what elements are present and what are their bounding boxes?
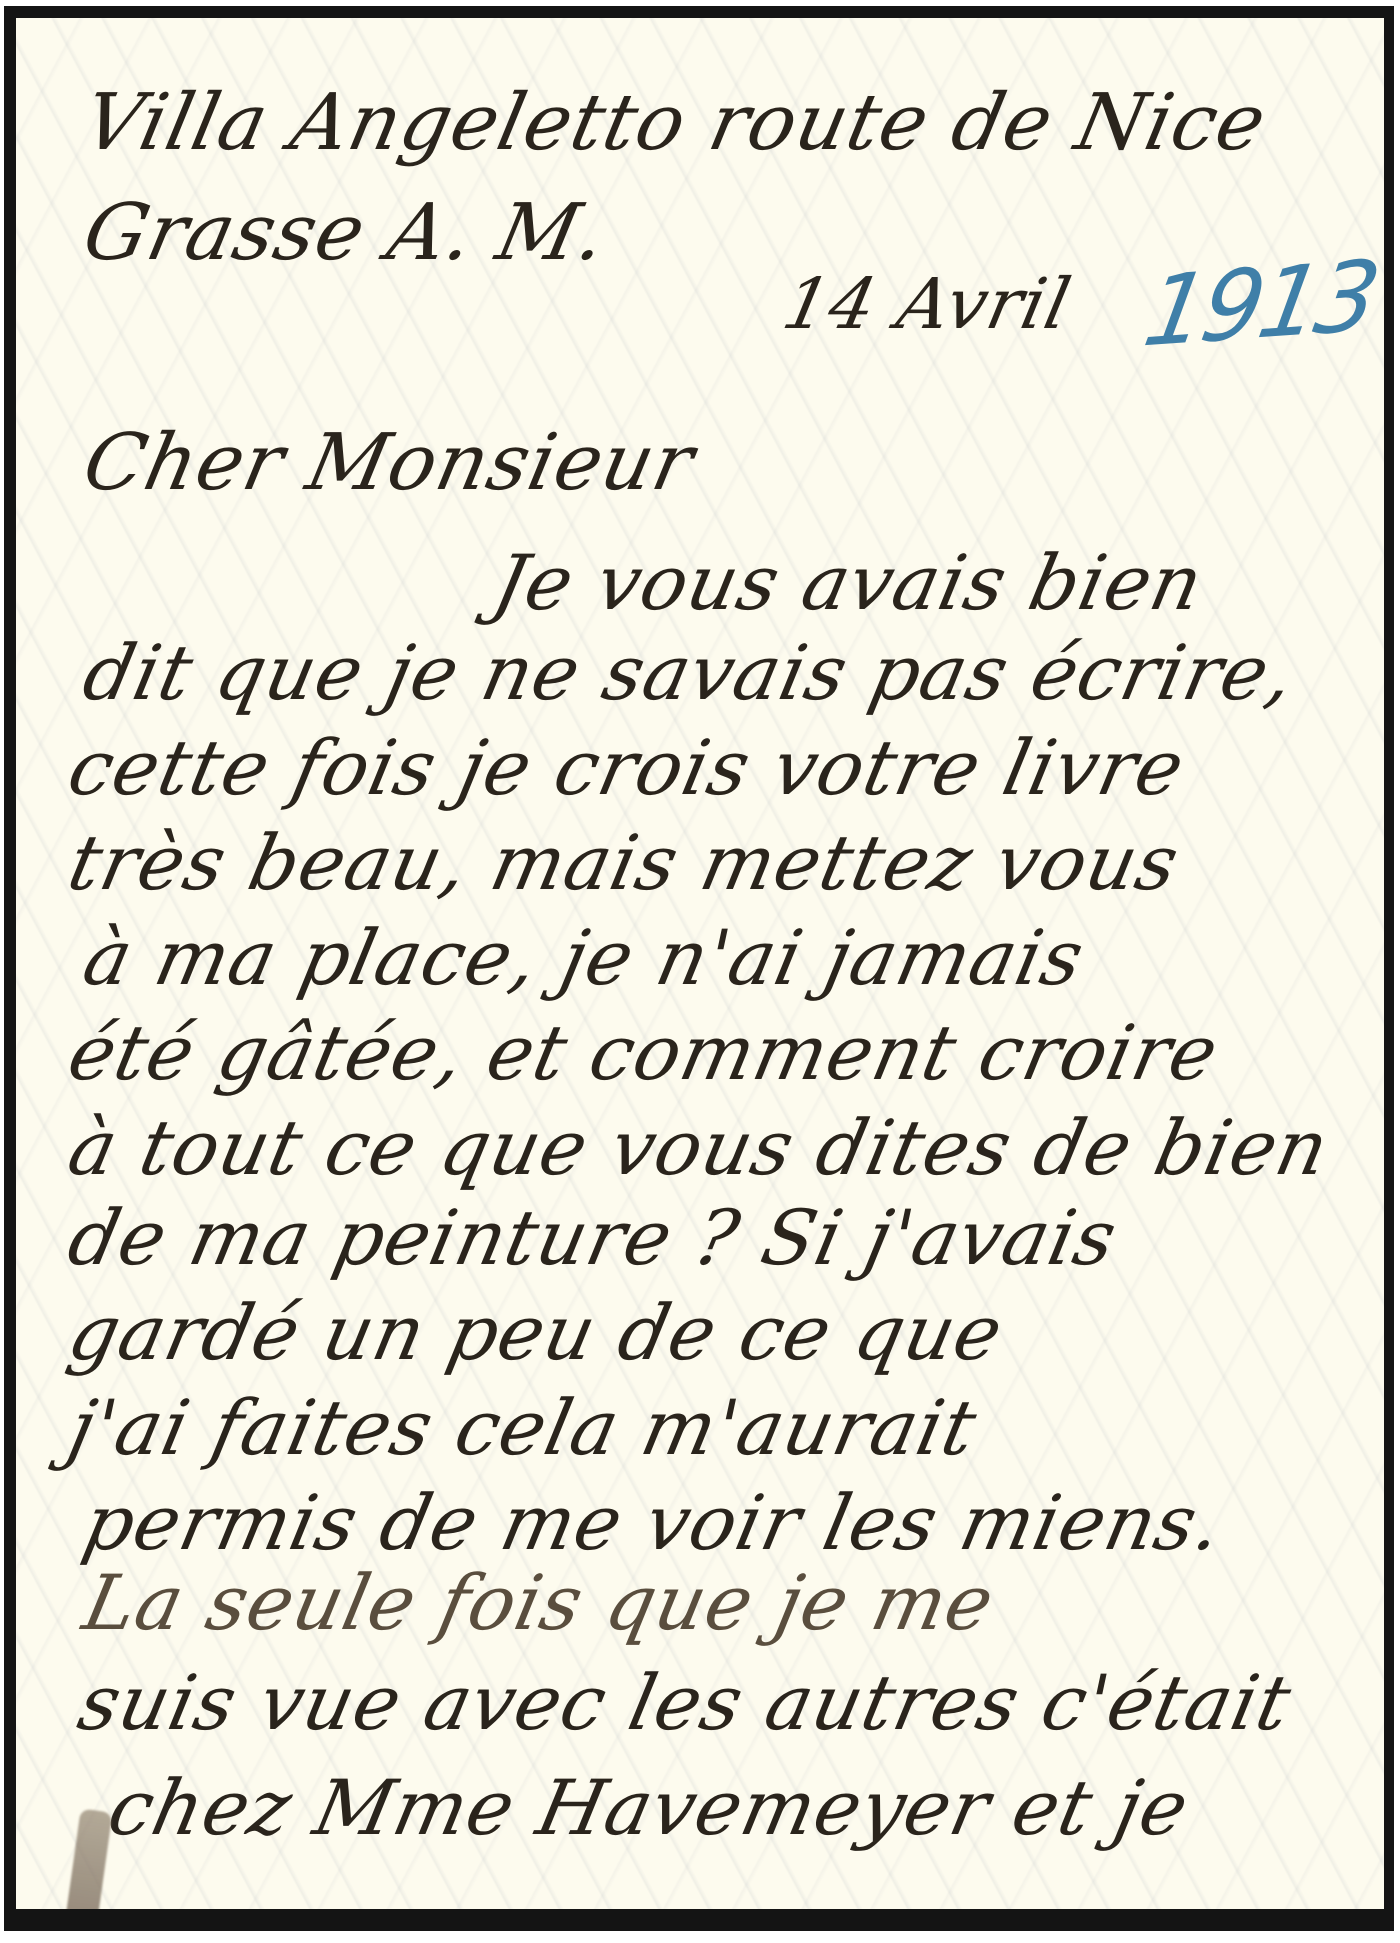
letter-border: Villa Angeletto route de Nice Grasse A. … (4, 6, 1394, 1931)
body-line-6: été gâtée, et comment croire (61, 1008, 1226, 1097)
letter-date: 14 Avril (776, 263, 1078, 345)
body-line-12: La seule fois que je me (76, 1558, 1002, 1647)
address-line-2: Grasse A. M. (76, 188, 615, 278)
year-annotation: 1913 (1136, 239, 1384, 369)
body-line-5: à ma place, je n'ai jamais (76, 913, 1092, 1002)
address-line-1: Villa Angeletto route de Nice (76, 78, 1274, 168)
body-line-3: cette fois je crois votre livre (61, 723, 1192, 812)
body-line-2: dit que je ne savais pas écrire, (76, 628, 1303, 717)
body-line-4: très beau, mais mettez vous (61, 818, 1187, 907)
body-line-14: chez Mme Havemeyer et je (101, 1763, 1197, 1852)
salutation: Cher Monsieur (76, 418, 702, 508)
body-line-7: à tout ce que vous dites de bien (61, 1103, 1337, 1192)
body-line-11: permis de me voir les miens. (76, 1478, 1231, 1567)
body-line-8: de ma peinture ? Si j'avais (61, 1193, 1125, 1282)
body-line-10: j'ai faites cela m'aurait (61, 1383, 985, 1472)
body-line-9: gardé un peu de ce que (61, 1288, 1011, 1377)
body-line-13: suis vue avec les autres c'était (71, 1658, 1299, 1747)
ink-smudge (63, 1808, 112, 1909)
letter-paper: Villa Angeletto route de Nice Grasse A. … (16, 18, 1384, 1909)
body-line-1: Je vous avais bien (486, 538, 1211, 627)
